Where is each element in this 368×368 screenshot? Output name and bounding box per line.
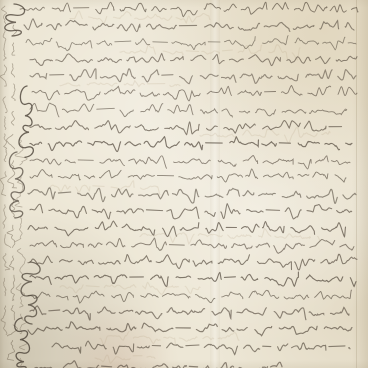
- ghost-text-line: [100, 331, 239, 345]
- text-line: [30, 272, 356, 287]
- text-line: [24, 19, 354, 32]
- text-line: [32, 85, 357, 100]
- text-line: [30, 204, 352, 219]
- ghost-text-line: [200, 127, 330, 142]
- text-line: [30, 306, 349, 320]
- margin-note-line: [0, 6, 11, 335]
- text-line: [28, 254, 357, 270]
- text-line: [52, 341, 350, 355]
- text-line: [26, 36, 356, 51]
- manuscript-page: [0, 0, 368, 368]
- text-line: [30, 137, 352, 152]
- ghost-text-line: [95, 355, 155, 363]
- text-line: [28, 322, 352, 336]
- handwriting-layer: [0, 0, 368, 368]
- text-line: [30, 69, 356, 84]
- text-line: [30, 155, 350, 169]
- margin-note-line: [15, 140, 27, 366]
- ghost-text-line: [120, 45, 300, 60]
- ghost-text-line: [70, 11, 210, 24]
- text-line: [28, 221, 346, 237]
- text-line: [30, 238, 354, 253]
- text-line: [20, 2, 358, 17]
- text-line: [30, 54, 357, 66]
- text-line: [30, 103, 347, 117]
- text-line: [30, 169, 346, 182]
- text-line: [30, 121, 342, 135]
- text-line: [35, 361, 282, 368]
- ink-flourish: [15, 318, 30, 368]
- ink-flourish: [19, 86, 33, 157]
